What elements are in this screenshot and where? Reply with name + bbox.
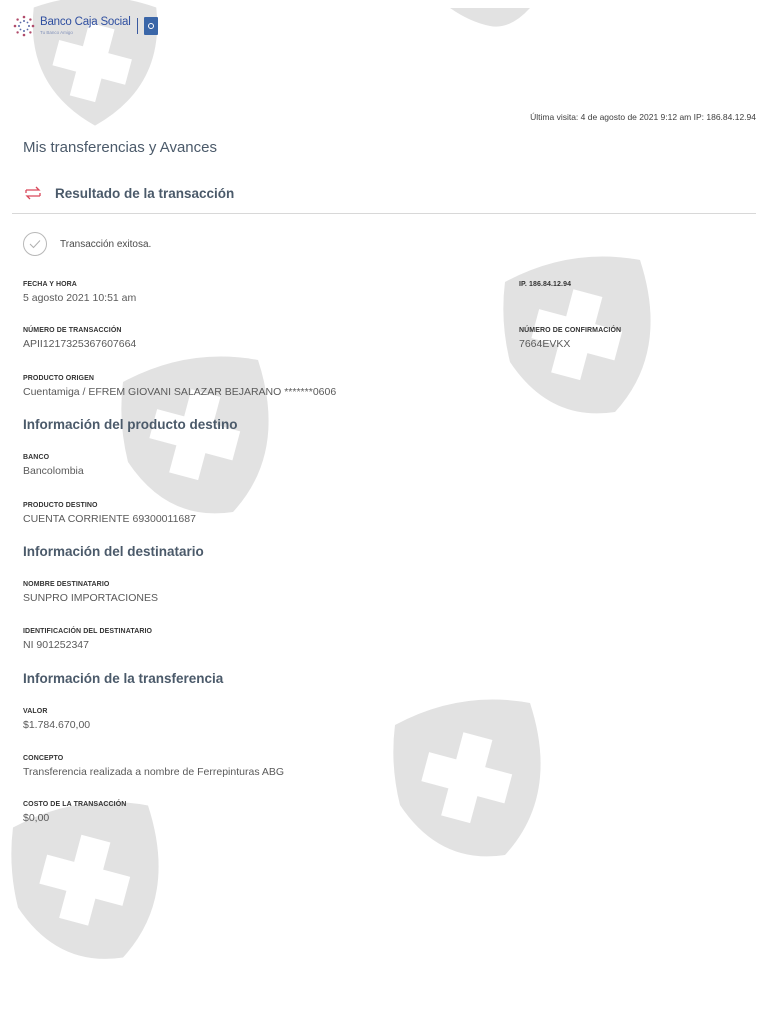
field-label: IP. 186.84.12.94 [519, 281, 571, 288]
field-value: $0,00 [23, 812, 126, 824]
bank-logo[interactable]: Banco Caja Social Tu Banco Amigo [12, 14, 158, 38]
logo-name: Banco Caja Social [40, 17, 131, 29]
field-label: Concepto [23, 755, 284, 762]
field-value: CUENTA CORRIENTE 69300011687 [23, 513, 196, 525]
check-circle-icon [23, 232, 47, 256]
status-message: Transacción exitosa. [23, 232, 151, 256]
field-producto-origen: Producto origen Cuentamiga / EFREM GIOVA… [23, 375, 336, 398]
result-header: Resultado de la transacción [23, 183, 234, 203]
transfer-arrows-icon [23, 183, 43, 203]
field-value: APII1217325367607664 [23, 338, 136, 350]
page-title: Mis transferencias y Avances [23, 139, 217, 156]
logo-dots-icon [12, 14, 36, 38]
logo-tagline: Tu Banco Amigo [40, 31, 131, 36]
section-title-transferencia: Información de la transferencia [23, 671, 223, 686]
field-value: 5 agosto 2021 10:51 am [23, 292, 136, 304]
field-label: Valor [23, 708, 90, 715]
field-label: Fecha y hora [23, 281, 136, 288]
field-label: Costo de la transacción [23, 801, 126, 808]
section-title-destino: Información del producto destino [23, 417, 238, 432]
field-identificacion: Identificación del destinatario NI 90125… [23, 628, 152, 651]
field-value: 7664EVKX [519, 338, 621, 350]
field-label: Número de transacción [23, 327, 136, 334]
field-value: Transferencia realizada a nombre de Ferr… [23, 766, 284, 778]
field-costo: Costo de la transacción $0,00 [23, 801, 126, 824]
result-title: Resultado de la transacción [55, 186, 234, 201]
field-nombre-destinatario: Nombre destinatario SUNPRO IMPORTACIONES [23, 581, 158, 604]
field-value: Bancolombia [23, 465, 84, 477]
field-label: Nombre destinatario [23, 581, 158, 588]
field-numero-transaccion: Número de transacción APII12173253676076… [23, 327, 136, 350]
field-value: Cuentamiga / EFREM GIOVANI SALAZAR BEJAR… [23, 386, 336, 398]
field-value: NI 901252347 [23, 639, 152, 651]
field-numero-confirmacion: Número de confirmación 7664EVKX [519, 327, 621, 350]
section-title-destinatario: Información del destinatario [23, 544, 204, 559]
field-label: Banco [23, 454, 84, 461]
field-producto-destino: Producto destino CUENTA CORRIENTE 693000… [23, 502, 196, 525]
badge-icon [144, 17, 158, 35]
field-banco: Banco Bancolombia [23, 454, 84, 477]
field-label: Número de confirmación [519, 327, 621, 334]
field-label: Producto destino [23, 502, 196, 509]
logo-separator [137, 18, 138, 34]
divider [12, 213, 756, 214]
field-label: Identificación del destinatario [23, 628, 152, 635]
field-label: Producto origen [23, 375, 336, 382]
field-concepto: Concepto Transferencia realizada a nombr… [23, 755, 284, 778]
status-text: Transacción exitosa. [60, 239, 151, 250]
field-ip: IP. 186.84.12.94 [519, 281, 571, 288]
field-value: SUNPRO IMPORTACIONES [23, 592, 158, 604]
last-visit-info: Última visita: 4 de agosto de 2021 9:12 … [530, 112, 756, 122]
field-fecha: Fecha y hora 5 agosto 2021 10:51 am [23, 281, 136, 304]
field-valor: Valor $1.784.670,00 [23, 708, 90, 731]
field-value: $1.784.670,00 [23, 719, 90, 731]
